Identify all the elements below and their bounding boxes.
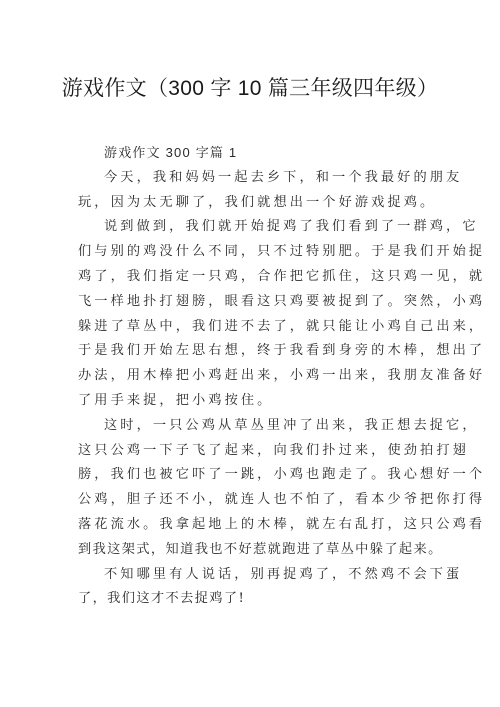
text-line: 这时，一只公鸡从草丛里冲了出来，我正想去捉它， bbox=[78, 414, 428, 439]
text-line: 了用手来捉，把小鸡按住。 bbox=[78, 389, 428, 414]
text-line: 公鸡，胆子还不小，就连人也不怕了，看本少爷把你打得 bbox=[78, 488, 428, 513]
text-line: 到我这架式，知道我也不好惹就跑进了草丛中躲了起来。 bbox=[78, 538, 428, 563]
text-line: 膀，我们也被它吓了一跳，小鸡也跑走了。我心想好一个 bbox=[78, 463, 428, 488]
paragraph-1: 今天，我和妈妈一起去乡下，和一个我最好的朋友 玩，因为太无聊了，我们就想出一个好… bbox=[78, 166, 428, 216]
text-line: 今天，我和妈妈一起去乡下，和一个我最好的朋友 bbox=[78, 166, 428, 191]
paragraph-4: 不知哪里有人说话，别再捉鸡了，不然鸡不会下蛋 了，我们这才不去捉鸡了! bbox=[78, 563, 428, 613]
text-line: 于是我们开始左思右想，终于我看到身旁的木棒，想出了 bbox=[78, 339, 428, 364]
document-body: 游戏作文 300 字篇 1 今天，我和妈妈一起去乡下，和一个我最好的朋友 玩，因… bbox=[78, 141, 428, 612]
text-line: 躲进了草丛中，我们进不去了，就只能让小鸡自己出来， bbox=[78, 315, 428, 340]
text-line: 不知哪里有人说话，别再捉鸡了，不然鸡不会下蛋 bbox=[78, 563, 428, 588]
document-page: 游戏作文（300 字 10 篇三年级四年级） 游戏作文 300 字篇 1 今天，… bbox=[0, 0, 500, 707]
text-line: 落花流水。我拿起地上的木棒，就左右乱打，这只公鸡看 bbox=[78, 513, 428, 538]
text-line: 鸡了，我们指定一只鸡，合作把它抓住，这只鸡一见，就 bbox=[78, 265, 428, 290]
essay-subtitle: 游戏作文 300 字篇 1 bbox=[78, 141, 428, 166]
paragraph-3: 这时，一只公鸡从草丛里冲了出来，我正想去捉它， 这只公鸡一下子飞了起来，向我们扑… bbox=[78, 414, 428, 563]
document-title: 游戏作文（300 字 10 篇三年级四年级） bbox=[0, 72, 500, 102]
text-line: 飞一样地扑打翅膀，眼看这只鸡要被捉到了。突然，小鸡 bbox=[78, 290, 428, 315]
text-line: 了，我们这才不去捉鸡了! bbox=[78, 587, 428, 612]
text-line: 们与别的鸡没什么不同，只不过特别肥。于是我们开始捉 bbox=[78, 240, 428, 265]
paragraph-2: 说到做到，我们就开始捉鸡了我们看到了一群鸡，它 们与别的鸡没什么不同，只不过特别… bbox=[78, 215, 428, 413]
text-line: 这只公鸡一下子飞了起来，向我们扑过来，使劲拍打翅 bbox=[78, 439, 428, 464]
text-line: 说到做到，我们就开始捉鸡了我们看到了一群鸡，它 bbox=[78, 215, 428, 240]
text-line: 办法，用木棒把小鸡赶出来，小鸡一出来，我朋友准备好 bbox=[78, 364, 428, 389]
text-line: 玩，因为太无聊了，我们就想出一个好游戏捉鸡。 bbox=[78, 191, 428, 216]
